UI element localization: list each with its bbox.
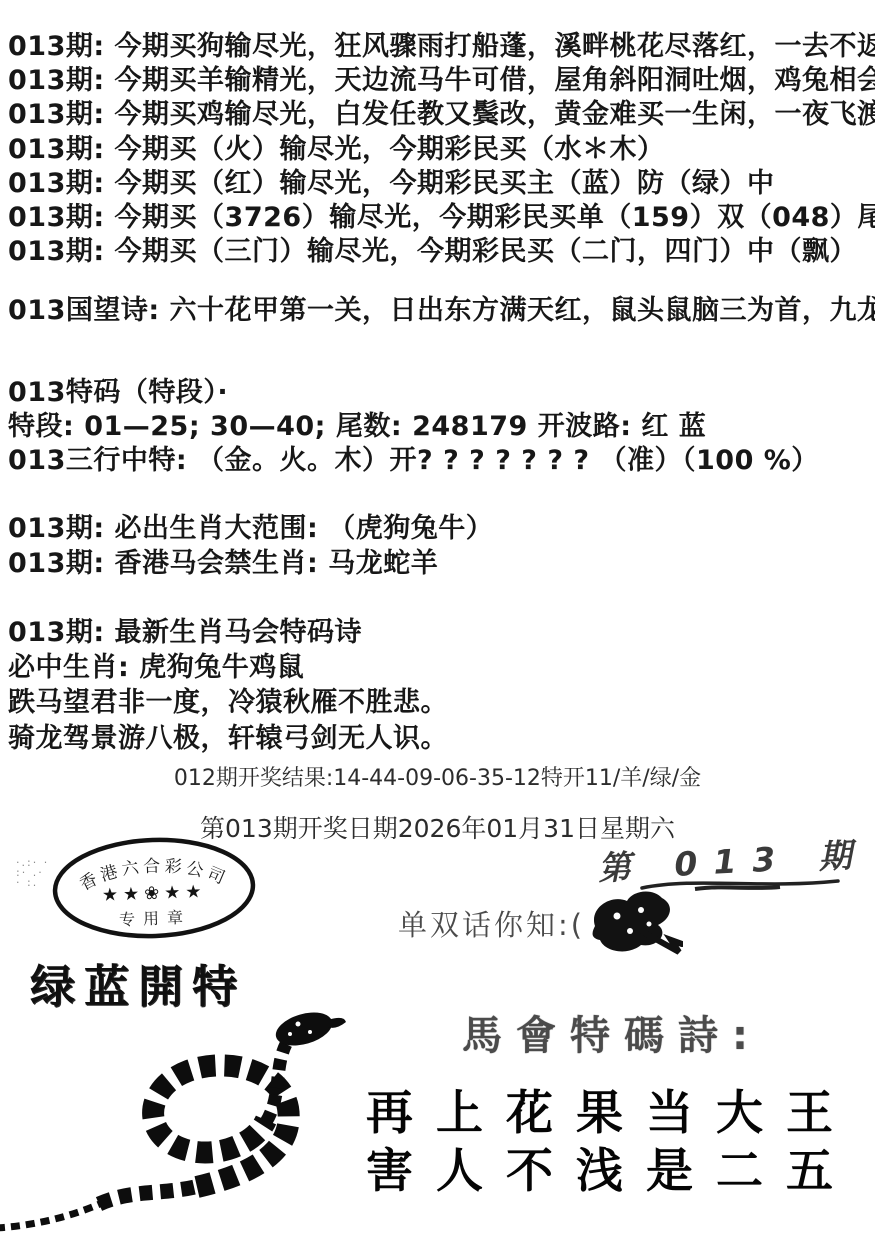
zodiac-poem-must-hit: 必中生肖: 虎狗兔牛鸡鼠: [8, 645, 304, 684]
big-poem-line-2: 害人不浅是二五: [366, 1134, 856, 1201]
mahui-poem-title: 馬會特碼詩:: [462, 1004, 762, 1061]
lottery-tip-sheet: 013期: 今期买狗输尽光，狂风骤雨打船蓬，溪畔桃花尽落红，一去不返有玄机。 0…: [0, 0, 875, 1238]
poem-line: 013期: 今期买鸡输尽光，白发任教又鬓改，黄金难买一生闲，一夜飞渡镜湖月。: [8, 92, 875, 131]
stamp-bottom-text: 专用章: [119, 908, 192, 930]
zodiac-poem-title: 013期: 最新生肖马会特码诗: [8, 610, 362, 649]
previous-result-line: 012期开奖结果:14-44-09-06-35-12特开11/羊/绿/金: [0, 761, 875, 792]
tema-sanhang-line: 013三行中特: （金。火。木）开? ? ? ? ? ? ? （准）（100 %…: [8, 438, 819, 477]
zodiac-poem-line: 跌马望君非一度，冷猿秋雁不胜悲。: [8, 680, 448, 719]
company-stamp: 香港六合彩公司 ★★❀★★ 专用章: [48, 832, 260, 943]
odd-even-tip-label: 单双话你知:(: [398, 903, 585, 944]
big-poem-line-1: 再上花果当大王: [366, 1076, 856, 1143]
zodiac-forbidden-line: 013期: 香港马会禁生肖: 马龙蛇羊: [8, 541, 438, 580]
guowang-poem-line: 013国望诗: 六十花甲第一关，日出东方满天红，鼠头鼠脑三为首，九龙归宗十五夜。: [8, 288, 875, 327]
stamp-stars-row: ★★❀★★: [102, 881, 207, 906]
zodiac-poem-line: 骑龙驾景游八极，轩辕弓剑无人识。: [8, 716, 448, 755]
poem-line: 013期: 今期买（三门）输尽光，今期彩民买（二门，四门）中（飘）: [8, 229, 857, 268]
ink-scribble: [583, 886, 683, 956]
snake-illustration: [0, 996, 350, 1238]
zodiac-range-line: 013期: 必出生肖大范围: （虎狗兔牛）: [8, 506, 493, 545]
